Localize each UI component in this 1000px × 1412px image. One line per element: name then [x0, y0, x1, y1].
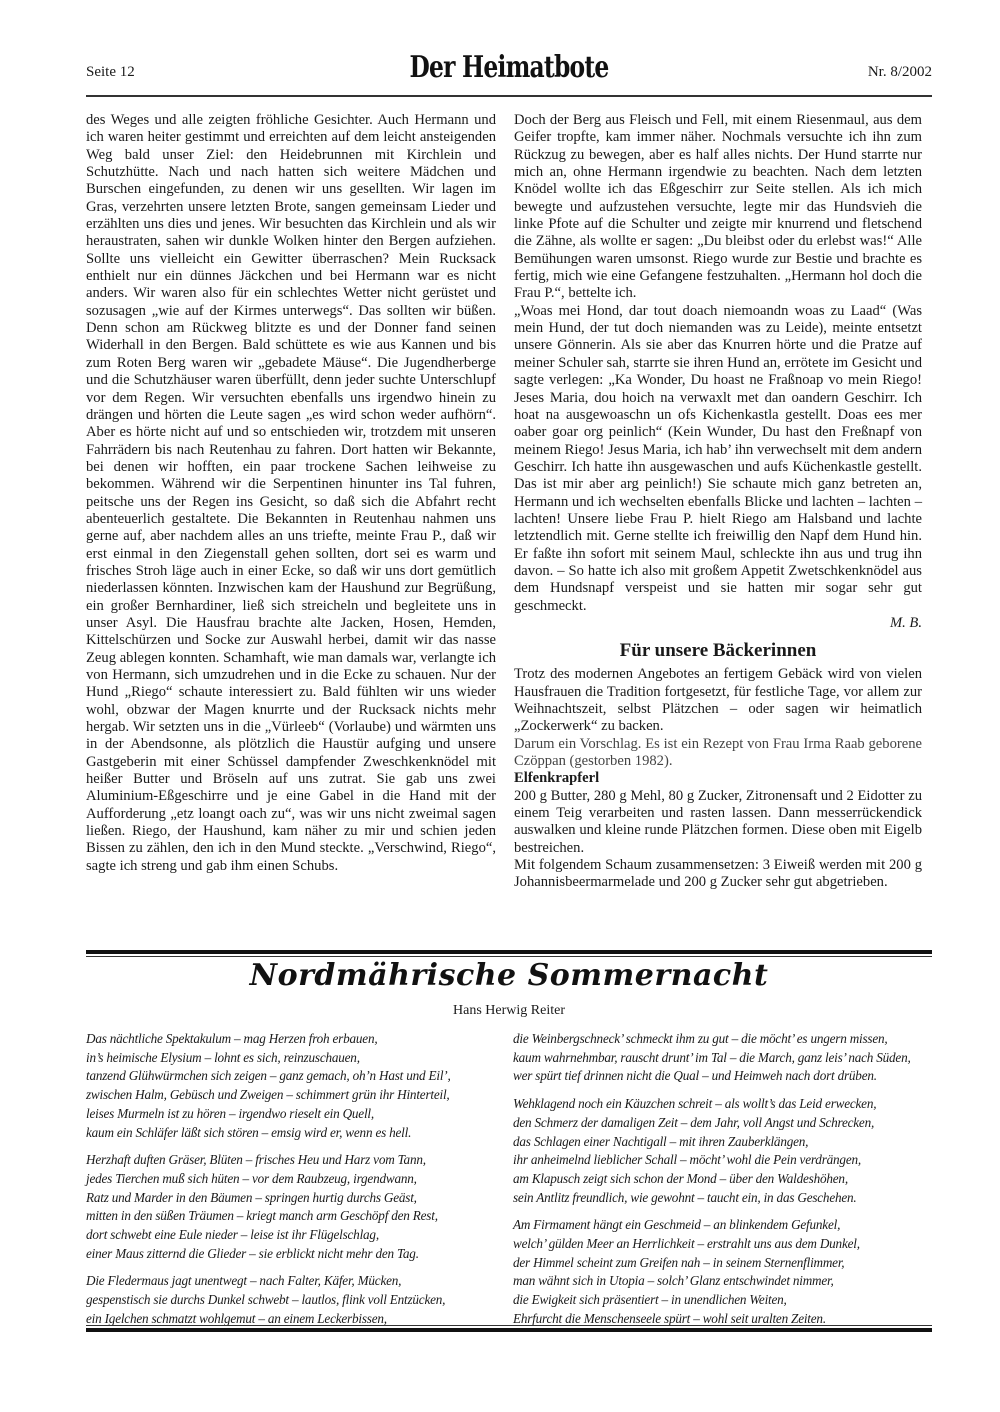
poem-column-left: Das nächtliche Spektakulum – mag Herzen …	[86, 1030, 506, 1338]
poem-line: welch’ gülden Meer an Herrlichkeit – ers…	[513, 1235, 933, 1254]
recipe-name: Elfenkrapferl	[514, 770, 922, 787]
poem-stanza: Am Firmament hängt ein Geschmeid – an bl…	[513, 1216, 933, 1328]
poem-line: tanzend Glühwürmchen sich zeigen – ganz …	[86, 1067, 506, 1086]
issue-number: Nr. 8/2002	[868, 64, 932, 81]
poem-line: ihr anheimelnd lieblicher Schall – möcht…	[513, 1151, 933, 1170]
recipe-step: Mit folgendem Schaum zusammensetzen: 3 E…	[514, 857, 922, 892]
poem-line: in’s heimische Elysium – lohnt es sich, …	[86, 1049, 506, 1068]
poem-line: wer spürt tief drinnen nicht die Qual – …	[513, 1067, 933, 1086]
poem-line: Das nächtliche Spektakulum – mag Herzen …	[86, 1030, 506, 1049]
page-number: Seite 12	[86, 64, 135, 81]
masthead-logo: Der Heimatbote	[179, 50, 839, 85]
poem-line: jedes Tierchen muß sich hüten – vor dem …	[86, 1170, 506, 1189]
recipe-step: 200 g Butter, 280 g Mehl, 80 g Zucker, Z…	[514, 788, 922, 857]
recipe-source: Darum ein Vorschlag. Es ist ein Rezept v…	[514, 736, 922, 771]
story-paragraph: „Woas mei Hond, dar tout doach niemoandn…	[514, 303, 922, 615]
poem-line: der Himmel scheint zum Greifen nah – in …	[513, 1254, 933, 1273]
poem-column-right: die Weinbergschneck’ schmeckt ihm zu gut…	[513, 1030, 933, 1338]
poem-stanza: Wehklagend noch ein Käuzchen schreit – a…	[513, 1095, 933, 1207]
story-column-left: des Weges und alle zeigten fröhliche Ges…	[86, 112, 496, 875]
page-header: Seite 12 Der Heimatbote Nr. 8/2002	[86, 58, 932, 88]
poem-line: Herzhaft duften Gräser, Blüten – frische…	[86, 1151, 506, 1170]
poem-top-divider-thin	[86, 956, 932, 957]
poem-line: das Schlagen einer Nachtigall – mit ihre…	[513, 1133, 933, 1152]
story-column-right: Doch der Berg aus Fleisch und Fell, mit …	[514, 112, 922, 892]
poem-stanza: Das nächtliche Spektakulum – mag Herzen …	[86, 1030, 506, 1142]
poem-line: Am Firmament hängt ein Geschmeid – an bl…	[513, 1216, 933, 1235]
poem-line: kaum ein Schläfer läßt sich stören – ems…	[86, 1124, 506, 1143]
poem-top-divider	[86, 950, 932, 954]
author-signature: M. B.	[514, 615, 922, 632]
poem-line: einer Maus zitternd die Glieder – sie er…	[86, 1245, 506, 1264]
header-divider	[86, 95, 932, 97]
poem-stanza: die Weinbergschneck’ schmeckt ihm zu gut…	[513, 1030, 933, 1086]
poem-line: mitten in den süßen Träumen – kriegt man…	[86, 1207, 506, 1226]
poem-stanza: Herzhaft duften Gräser, Blüten – frische…	[86, 1151, 506, 1263]
poem-line: am Klapusch zeigt sich schon der Mond – …	[513, 1170, 933, 1189]
poem-line: die Ewigkeit sich präsentiert – in unend…	[513, 1291, 933, 1310]
poem-line: dort schwebt eine Eule nieder – leise is…	[86, 1226, 506, 1245]
recipe-intro: Trotz des modernen Angebotes an fertigem…	[514, 666, 922, 735]
poem-line: sein Antlitz freundlich, wie gewohnt – t…	[513, 1189, 933, 1208]
poem-line: die Weinbergschneck’ schmeckt ihm zu gut…	[513, 1030, 933, 1049]
poem-line: kaum wahrnehmbar, rauscht drunt’ im Tal …	[513, 1049, 933, 1068]
poem-bottom-divider-thin	[86, 1325, 932, 1326]
poem-line: zwischen Halm, Gebüsch und Zweigen – sch…	[86, 1086, 506, 1105]
poem-line: man wähnt sich in Utopia – solch’ Glanz …	[513, 1272, 933, 1291]
poem-line: Ratz und Marder in den Bäumen – springen…	[86, 1189, 506, 1208]
poem-line: Wehklagend noch ein Käuzchen schreit – a…	[513, 1095, 933, 1114]
poem-line: gespenstisch sie durchs Dunkel schwebt –…	[86, 1291, 506, 1310]
poem-line: leises Murmeln ist zu hören – irgendwo r…	[86, 1105, 506, 1124]
poem-title: Nordmährische Sommernacht	[86, 958, 932, 993]
poem-line: den Schmerz der damaligen Zeit – dem Jah…	[513, 1114, 933, 1133]
poem-stanza: Die Fledermaus jagt unentwegt – nach Fal…	[86, 1272, 506, 1328]
poem-author: Hans Herwig Reiter	[86, 1003, 932, 1019]
poem-bottom-divider	[86, 1328, 932, 1332]
story-paragraph: Doch der Berg aus Fleisch und Fell, mit …	[514, 112, 922, 303]
story-paragraph: des Weges und alle zeigten fröhliche Ges…	[86, 112, 496, 875]
poem-line: Die Fledermaus jagt unentwegt – nach Fal…	[86, 1272, 506, 1291]
recipe-heading: Für unsere Bäckerinnen	[514, 640, 922, 662]
